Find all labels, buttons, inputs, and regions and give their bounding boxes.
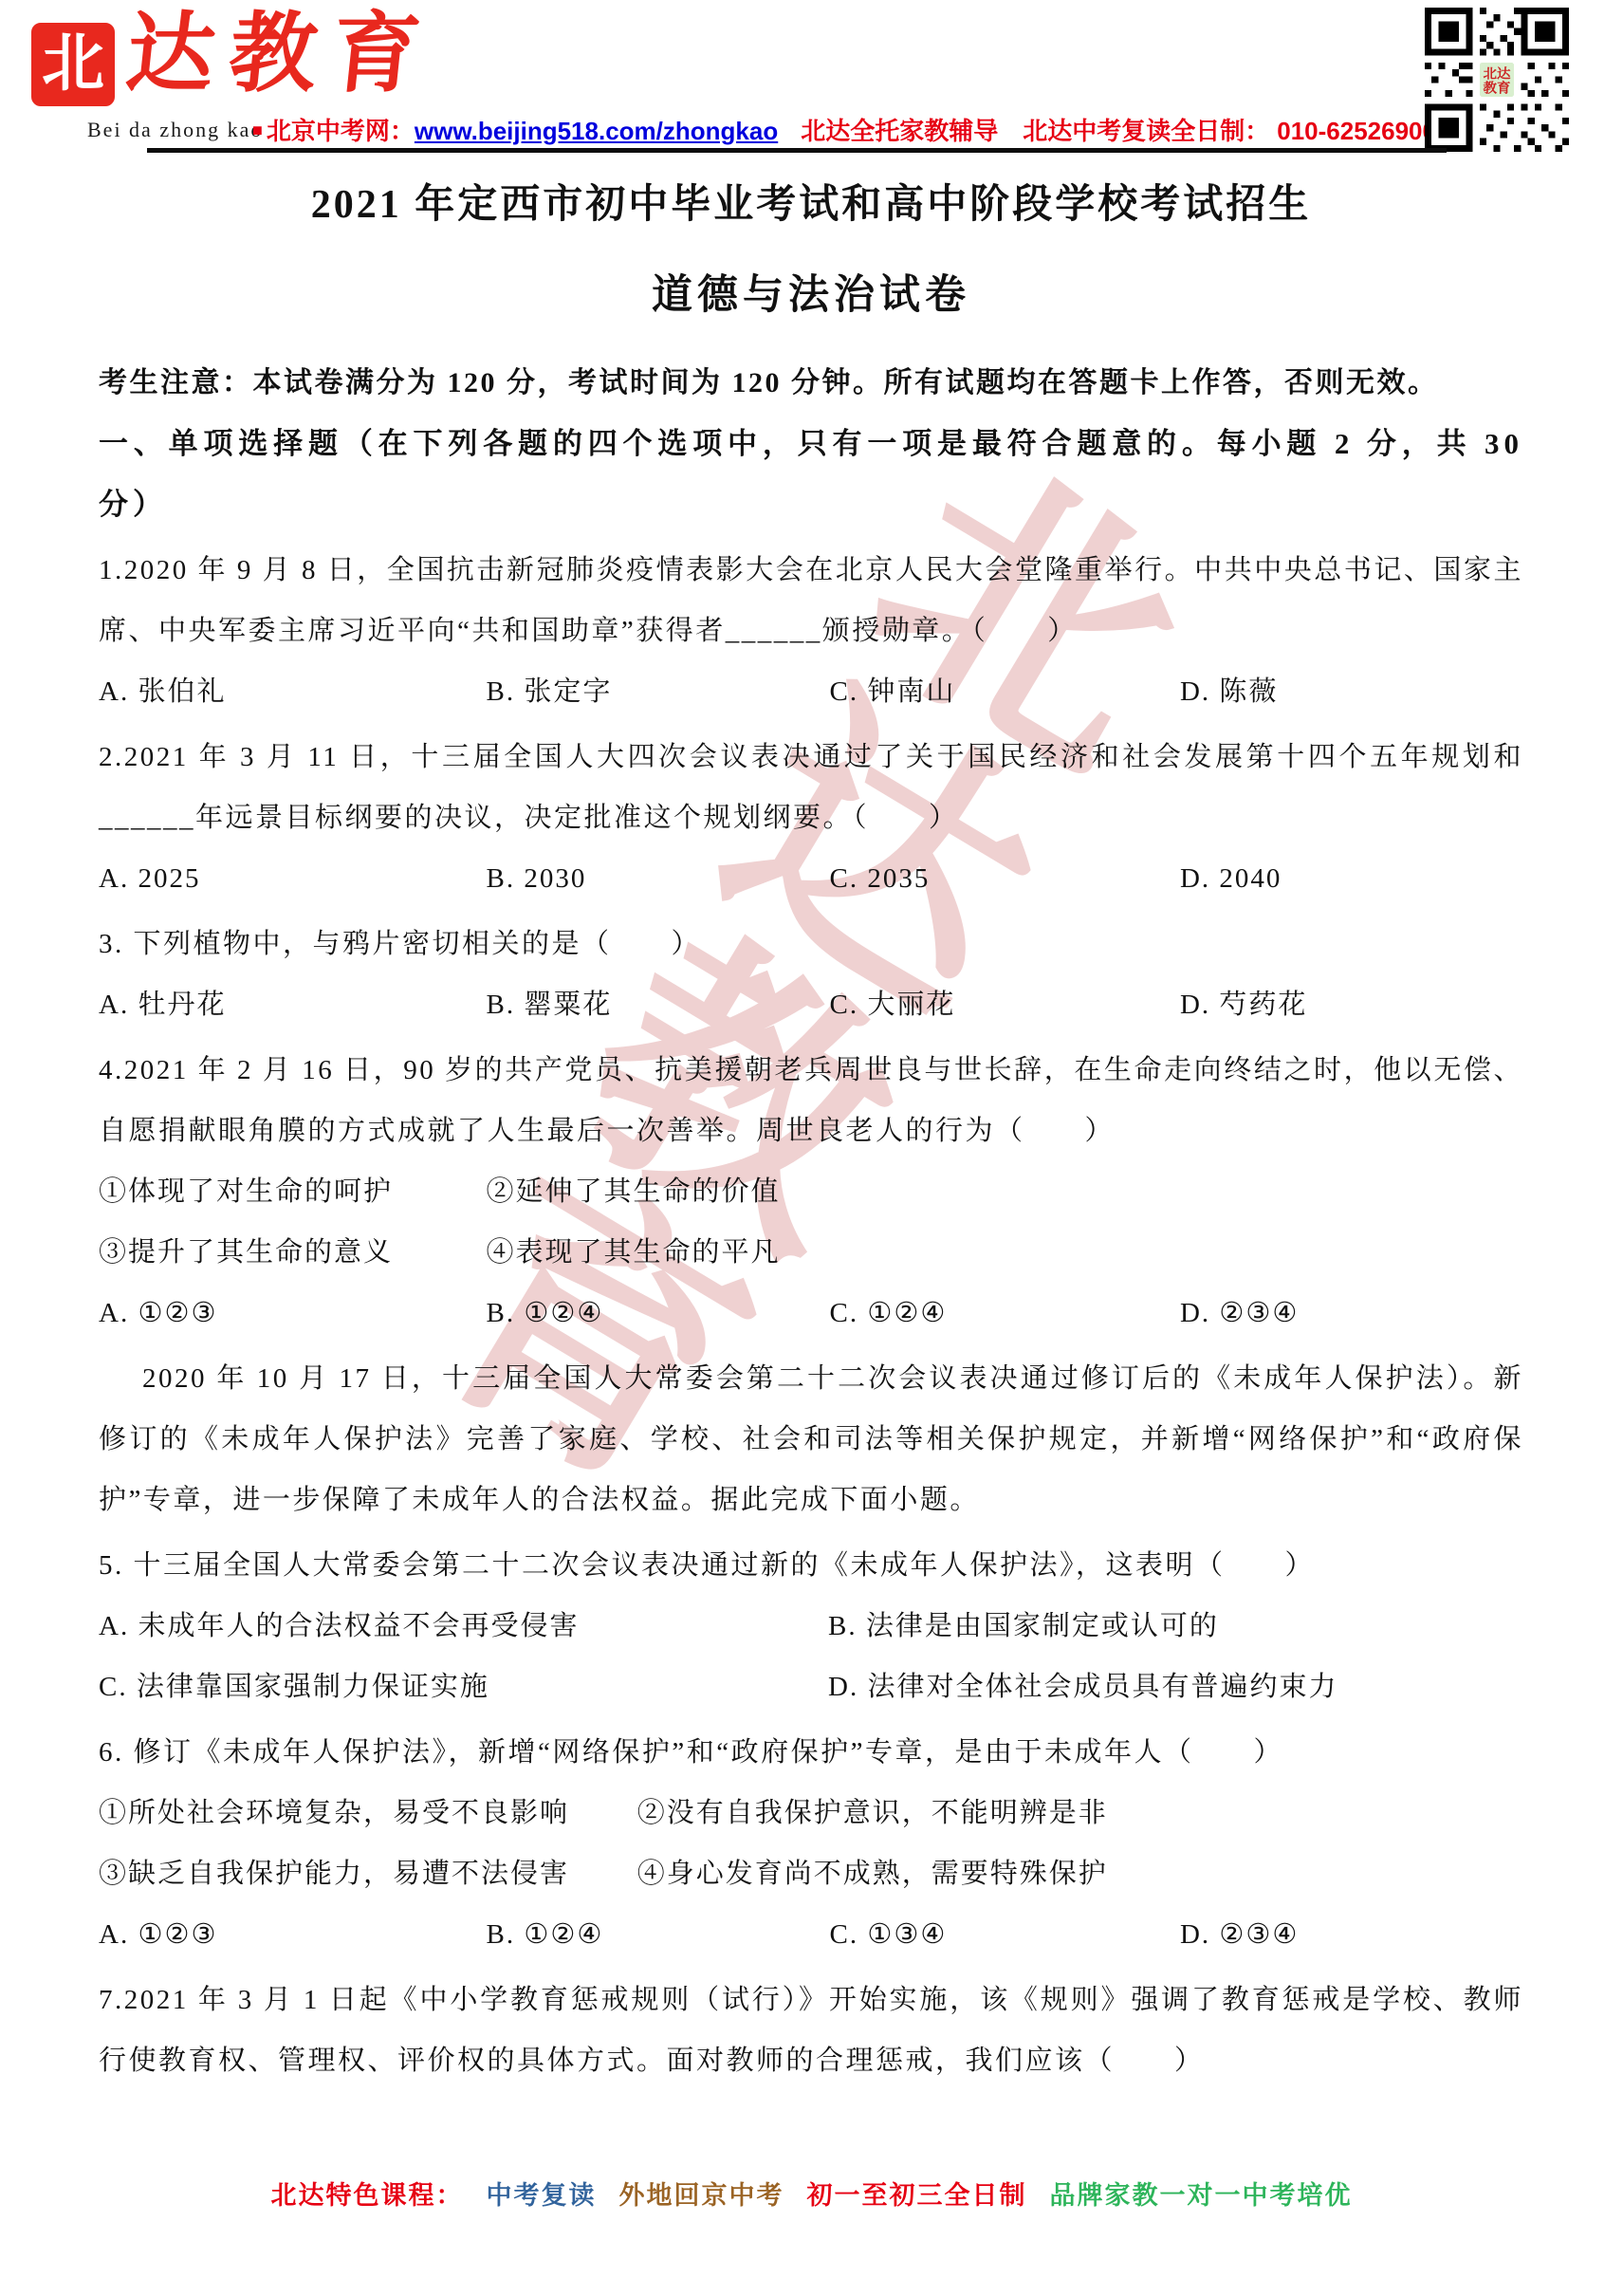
contact-bar: ■北京中考网：www.beijing518.com/zhongkao北达全托家教… bbox=[252, 112, 1436, 147]
header: 北 达教育 Bei da zhong kao ■北京中考网：www.beijin… bbox=[0, 0, 1623, 157]
option-b: B. 2030 bbox=[487, 848, 830, 909]
brand-seal-icon: 北 bbox=[31, 23, 115, 106]
doc-title: 2021 年定西市初中毕业考试和高中阶段学校考试招生 bbox=[99, 171, 1523, 239]
subitem-3: ③提升了其生命的意义 bbox=[99, 1222, 487, 1283]
question-2-options: A. 2025 B. 2030 C. 2035 D. 2040 bbox=[99, 848, 1523, 909]
footer-bar: 北达特色课程：中考复读外地回京中考初一至初三全日制品牌家教一对一中考培优 bbox=[0, 2175, 1623, 2212]
header-tagline: 北达全托家教辅导 北达中考复读全日制： bbox=[801, 117, 1269, 145]
doc-subtitle: 道德与法治试卷 bbox=[99, 262, 1523, 330]
option-c: C. 2035 bbox=[830, 848, 1180, 909]
footer-course-1: 中考复读 bbox=[487, 2181, 597, 2210]
option-b: B. 罂粟花 bbox=[487, 974, 830, 1035]
subitem-1: ①体现了对生命的呵护 bbox=[99, 1161, 487, 1222]
option-a: A. 未成年人的合法权益不会再受侵害 bbox=[99, 1596, 828, 1657]
footer-course-3: 初一至初三全日制 bbox=[807, 2181, 1027, 2210]
question-2-text: 2.2021 年 3 月 11 日，十三届全国人大四次会议表决通过了关于国民经济… bbox=[99, 727, 1523, 848]
option-a: A. 牡丹花 bbox=[99, 974, 487, 1035]
question-5-text: 5. 十三届全国人大常委会第二十二次会议表决通过新的《未成年人保护法》，这表明（… bbox=[99, 1535, 1523, 1596]
header-divider bbox=[147, 148, 1447, 153]
question-1-options: A. 张伯礼 B. 张定字 C. 钟南山 D. 陈薇 bbox=[99, 661, 1523, 722]
option-d: D. ②③④ bbox=[1180, 1283, 1523, 1343]
option-d: D. ②③④ bbox=[1180, 1904, 1523, 1965]
subitem-4: ④表现了其生命的平凡 bbox=[487, 1222, 1523, 1283]
qr-code-icon: 北达 教育 bbox=[1425, 8, 1569, 152]
section-heading: 一、单项选择题（在下列各题的四个选项中，只有一项是最符合题意的。每小题 2 分，… bbox=[99, 414, 1523, 535]
option-b: B. 张定字 bbox=[487, 661, 830, 722]
subitem-2: ②延伸了其生命的价值 bbox=[487, 1161, 1523, 1222]
option-a: A. ①②③ bbox=[99, 1904, 487, 1965]
option-c: C. 大丽花 bbox=[830, 974, 1180, 1035]
option-a: A. 2025 bbox=[99, 848, 487, 909]
question-3: 3. 下列植物中，与鸦片密切相关的是（ ） A. 牡丹花 B. 罂粟花 C. 大… bbox=[99, 914, 1523, 1035]
question-6-text: 6. 修订《未成年人保护法》，新增“网络保护”和“政府保护”专章，是由于未成年人… bbox=[99, 1722, 1523, 1783]
exam-document-page: 北达教育 北 达教育 Bei da zhong kao ■北京中考网：www.b… bbox=[0, 0, 1623, 2296]
question-6: 6. 修订《未成年人保护法》，新增“网络保护”和“政府保护”专章，是由于未成年人… bbox=[99, 1722, 1523, 1965]
option-b: B. ①②④ bbox=[487, 1904, 830, 1965]
question-4-subitems-1: ①体现了对生命的呵护 ②延伸了其生命的价值 bbox=[99, 1161, 1523, 1222]
phone-number: 010-62526900 bbox=[1277, 117, 1436, 145]
square-bullet-icon: ■ bbox=[252, 120, 263, 139]
question-7: 7.2021 年 3 月 1 日起《中小学教育惩戒规则（试行）》开始实施，该《规… bbox=[99, 1970, 1523, 2091]
site-link[interactable]: www.beijing518.com/zhongkao bbox=[415, 117, 778, 145]
option-a: A. 张伯礼 bbox=[99, 661, 487, 722]
footer-course-4: 品牌家教一对一中考培优 bbox=[1050, 2181, 1353, 2210]
question-5-options-1: A. 未成年人的合法权益不会再受侵害 B. 法律是由国家制定或认可的 bbox=[99, 1596, 1523, 1657]
option-c: C. ①②④ bbox=[830, 1283, 1180, 1343]
subitem-1: ①所处社会环境复杂，易受不良影响 bbox=[99, 1783, 637, 1843]
question-3-text: 3. 下列植物中，与鸦片密切相关的是（ ） bbox=[99, 914, 1523, 974]
option-a: A. ①②③ bbox=[99, 1283, 487, 1343]
question-2: 2.2021 年 3 月 11 日，十三届全国人大四次会议表决通过了关于国民经济… bbox=[99, 727, 1523, 909]
qr-caption-bottom: 教育 bbox=[1483, 80, 1511, 97]
option-d: D. 2040 bbox=[1180, 848, 1523, 909]
option-c: C. ①③④ bbox=[830, 1904, 1180, 1965]
question-6-subitems-2: ③缺乏自我保护能力，易遭不法侵害 ④身心发育尚不成熟，需要特殊保护 bbox=[99, 1843, 1523, 1904]
question-4-options: A. ①②③ B. ①②④ C. ①②④ D. ②③④ bbox=[99, 1283, 1523, 1343]
question-1-text: 1.2020 年 9 月 8 日，全国抗击新冠肺炎疫情表影大会在北京人民大会堂隆… bbox=[99, 540, 1523, 661]
question-4: 4.2021 年 2 月 16 日，90 岁的共产党员、抗美援朝老兵周世良与世长… bbox=[99, 1040, 1523, 1343]
option-c: C. 法律靠国家强制力保证实施 bbox=[99, 1657, 828, 1717]
seal-character: 北 bbox=[42, 33, 104, 96]
reading-passage: 2020 年 10 月 17 日，十三届全国人大常委会第二十二次会议表决通过修订… bbox=[99, 1348, 1523, 1530]
brand-pinyin: Bei da zhong kao bbox=[87, 118, 263, 142]
footer-course-2: 外地回京中考 bbox=[619, 2181, 784, 2210]
question-5-options-2: C. 法律靠国家强制力保证实施 D. 法律对全体社会成员具有普遍约束力 bbox=[99, 1657, 1523, 1717]
document-body: 2021 年定西市初中毕业考试和高中阶段学校考试招生 道德与法治试卷 考生注意：… bbox=[99, 154, 1523, 2091]
subitem-3: ③缺乏自我保护能力，易遭不法侵害 bbox=[99, 1843, 637, 1904]
question-5: 5. 十三届全国人大常委会第二十二次会议表决通过新的《未成年人保护法》，这表明（… bbox=[99, 1535, 1523, 1717]
option-c: C. 钟南山 bbox=[830, 661, 1180, 722]
option-d: D. 陈薇 bbox=[1180, 661, 1523, 722]
option-b: B. 法律是由国家制定或认可的 bbox=[828, 1596, 1523, 1657]
footer-label: 北达特色课程： bbox=[271, 2181, 464, 2210]
subitem-4: ④身心发育尚不成熟，需要特殊保护 bbox=[637, 1843, 1523, 1904]
option-d: D. 法律对全体社会成员具有普遍约束力 bbox=[828, 1657, 1523, 1717]
question-1: 1.2020 年 9 月 8 日，全国抗击新冠肺炎疫情表影大会在北京人民大会堂隆… bbox=[99, 540, 1523, 722]
question-4-subitems-2: ③提升了其生命的意义 ④表现了其生命的平凡 bbox=[99, 1222, 1523, 1283]
question-6-subitems-1: ①所处社会环境复杂，易受不良影响 ②没有自我保护意识，不能明辨是非 bbox=[99, 1783, 1523, 1843]
brand-wordmark: 达教育 bbox=[122, 6, 440, 102]
subitem-2: ②没有自我保护意识，不能明辨是非 bbox=[637, 1783, 1523, 1843]
question-6-options: A. ①②③ B. ①②④ C. ①③④ D. ②③④ bbox=[99, 1904, 1523, 1965]
question-7-text: 7.2021 年 3 月 1 日起《中小学教育惩戒规则（试行）》开始实施，该《规… bbox=[99, 1970, 1523, 2091]
question-3-options: A. 牡丹花 B. 罂粟花 C. 大丽花 D. 芍药花 bbox=[99, 974, 1523, 1035]
option-d: D. 芍药花 bbox=[1180, 974, 1523, 1035]
qr-caption-top: 北达 bbox=[1484, 66, 1511, 83]
question-4-text: 4.2021 年 2 月 16 日，90 岁的共产党员、抗美援朝老兵周世良与世长… bbox=[99, 1040, 1523, 1161]
site-label: 北京中考网： bbox=[267, 117, 415, 145]
option-b: B. ①②④ bbox=[487, 1283, 830, 1343]
notice-text: 考生注意：本试卷满分为 120 分，考试时间为 120 分钟。所有试题均在答题卡… bbox=[99, 353, 1523, 414]
